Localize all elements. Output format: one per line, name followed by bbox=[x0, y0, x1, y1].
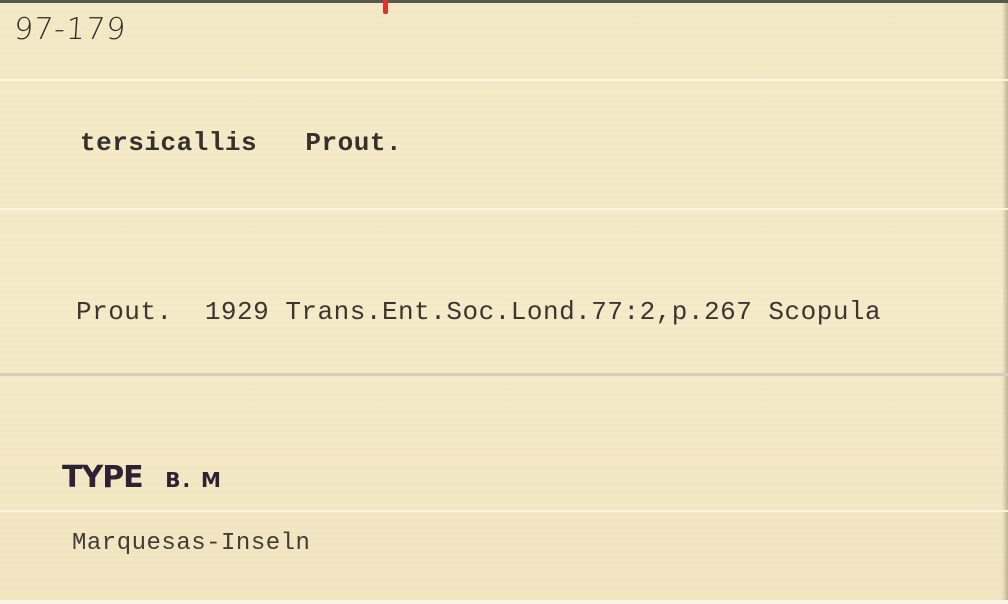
red-tab-marker bbox=[383, 0, 388, 14]
index-card: 97-179 tersicallis Prout. Prout. 1929 Tr… bbox=[0, 0, 1008, 604]
repository-label: B. M bbox=[165, 468, 223, 492]
ruled-line bbox=[0, 510, 1008, 512]
ruled-line bbox=[0, 79, 1008, 81]
locality: Marquesas-Inseln bbox=[72, 530, 310, 557]
card-right-edge bbox=[1002, 0, 1008, 604]
card-bottom-edge bbox=[0, 600, 1008, 604]
type-label: TYPE bbox=[62, 460, 143, 495]
catalog-number: 97-179 bbox=[13, 12, 128, 47]
type-stamp: TYPE B. M bbox=[62, 460, 223, 495]
species-name: tersicallis Prout. bbox=[80, 128, 402, 158]
card-top-edge bbox=[0, 0, 1008, 3]
ruled-line bbox=[0, 208, 1008, 210]
ruled-line bbox=[0, 373, 1008, 376]
reference-citation: Prout. 1929 Trans.Ent.Soc.Lond.77:2,p.26… bbox=[76, 297, 881, 327]
